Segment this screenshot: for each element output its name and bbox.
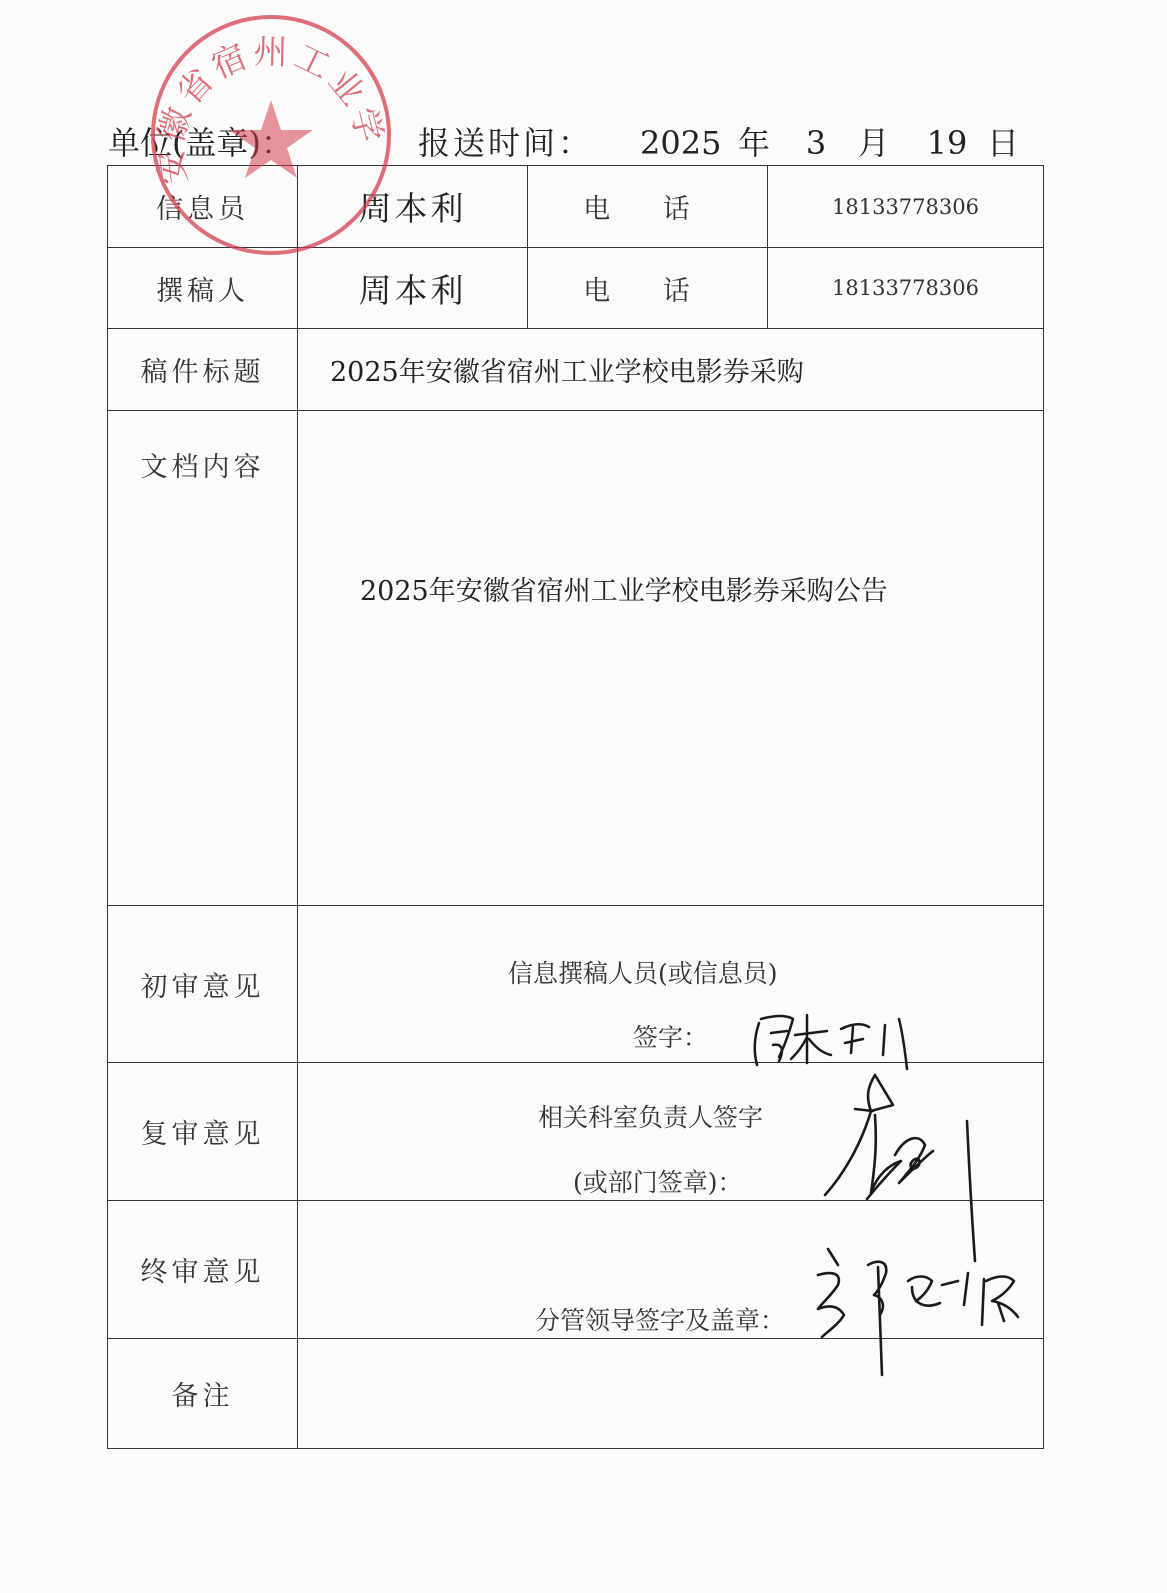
row-final-review: 终审意见 分管领导签字及盖章： [108,1201,1044,1339]
info-officer-phone-label: 电 话 [528,166,768,248]
document-page: 单位(盖章)： 报送时间： 2025年3月19日 信息员 周本利 电 话 181… [0,0,1167,1593]
first-review-instruction: 信息撰稿人员(或信息员) [508,954,778,990]
row-author: 撰稿人 周本利 电 话 18133778306 [108,248,1044,329]
remarks-label: 备注 [108,1339,298,1449]
date-year: 2025 [640,124,738,162]
date-year-unit: 年 [738,118,796,164]
header-date: 2025年3月19日 [640,118,1023,164]
document-content-value: 2025年安徽省宿州工业学校电影券采购公告 [360,569,888,608]
author-phone: 18133778306 [768,248,1044,329]
info-officer-label: 信息员 [108,166,298,248]
manuscript-title-value: 2025年安徽省宿州工业学校电影券采购 [298,329,1044,411]
final-review-label: 终审意见 [108,1201,298,1339]
first-review-cell: 信息撰稿人员(或信息员) 签字： [298,906,1044,1063]
second-review-sign-label: (或部门签章)： [573,1163,743,1199]
second-review-label: 复审意见 [108,1063,298,1201]
first-review-label: 初审意见 [108,906,298,1063]
row-manuscript-title: 稿件标题 2025年安徽省宿州工业学校电影券采购 [108,329,1044,411]
row-first-review: 初审意见 信息撰稿人员(或信息员) 签字： [108,906,1044,1063]
manuscript-title-label: 稿件标题 [108,329,298,411]
header-unit-label: 单位(盖章)： [108,118,293,164]
date-month-unit: 月 [836,118,911,164]
final-review-cell: 分管领导签字及盖章： [298,1201,1044,1339]
first-review-sign-label: 签字： [633,1018,708,1054]
remarks-value [298,1339,1044,1449]
author-phone-label: 电 话 [528,248,768,329]
final-review-sign-label: 分管领导签字及盖章： [535,1301,785,1337]
document-content-label: 文档内容 [108,411,298,906]
info-officer-name: 周本利 [298,166,528,248]
date-month: 3 [796,124,836,162]
date-day: 19 [911,124,983,162]
row-info-officer: 信息员 周本利 电 话 18133778306 [108,166,1044,248]
row-second-review: 复审意见 相关科室负责人签字 (或部门签章)： [108,1063,1044,1201]
date-day-unit: 日 [983,118,1023,164]
row-remarks: 备注 [108,1339,1044,1449]
document-content-cell: 2025年安徽省宿州工业学校电影券采购公告 [298,411,1044,906]
second-review-cell: 相关科室负责人签字 (或部门签章)： [298,1063,1044,1201]
second-review-instruction: 相关科室负责人签字 [538,1098,763,1134]
submission-form-table: 信息员 周本利 电 话 18133778306 撰稿人 周本利 电 话 1813… [107,165,1044,1449]
row-document-content: 文档内容 2025年安徽省宿州工业学校电影券采购公告 [108,411,1044,906]
header-submit-time-label: 报送时间： [418,118,593,164]
author-name: 周本利 [298,248,528,329]
author-label: 撰稿人 [108,248,298,329]
info-officer-phone: 18133778306 [768,166,1044,248]
